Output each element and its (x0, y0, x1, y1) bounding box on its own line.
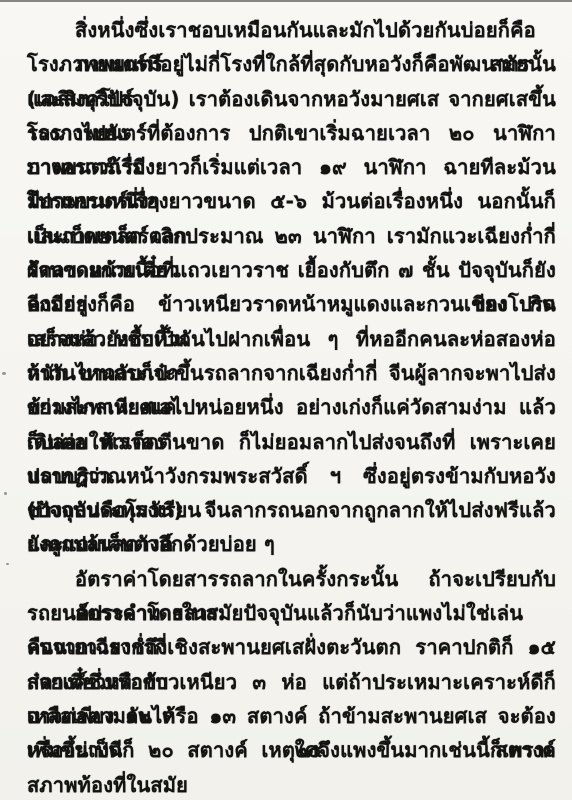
text-line: (เฉลิมบุรีปัจจุบัน) เราต้องเดินจากหอวังม… (27, 82, 556, 116)
text-line: อย่างห่อ หอบหิ้วกันไปฝากเพื่อน ๆ ที่หออี… (27, 322, 556, 356)
text-line: ภาพยนตร์เรื่องยาวก็เริ่มแต่เวลา ๑๙ นาฬิก… (27, 150, 556, 184)
text-line: แถบบริเวณหน้าวังกรมพระสวัสดิ์ ฯ ซึ่งอยู่… (27, 459, 556, 493)
text-line: และแถมเจ็บตัวอีกด้วยบ่อย ๆ (27, 527, 556, 561)
text-line: โรงภาพยนตร์มีอยู่ไม่กี่โรงที่ใกล้ที่สุดก… (27, 47, 556, 81)
text-line: ข้ามสะพานยศเสไปหน่อยหนึ่ง อย่างเก่งก็แค่… (27, 390, 556, 424)
text-line: ผัดลาดหน้าเนื้อที่แถวเยาวราช เยื้องกับตึ… (27, 253, 556, 287)
text-line: สิ่งหนึ่งซึ่งเราชอบเหมือนกันและมักไปด้วย… (27, 13, 556, 47)
paragraph: อัตราค่าโดยสารรถลากในครั้งกระนั้น ถ้าจะเ… (27, 562, 556, 768)
text-line: รถยนต์ประจำทางในสมัยปัจจุบันแล้วก็นับว่า… (27, 596, 556, 630)
text-line: ถนนเยาวราชถึงเชิงสะพานยศเสฝั่งตะวันตก รา… (27, 630, 556, 664)
paragraph: สิ่งหนึ่งซึ่งเราชอบเหมือนกันและมักไปด้วย… (27, 13, 556, 562)
text-line: หรืออย่างดีก็ ๒๐ สตางค์ เหตุใดจึงแพงขึ้น… (27, 733, 556, 767)
text-line: ช่างกลประทุมวัน) จีนลากรถนอกจากถูกลากให้… (27, 493, 556, 527)
text-line: มีภาพยนตร์เรื่องยาวขนาด ๕-๖ ม้วนต่อเรื่อ… (27, 184, 556, 218)
scanned-page: สิ่งหนึ่งซึ่งเราชอบเหมือนกันและมักไปด้วย… (0, 0, 572, 800)
scan-edge-artifact (0, 0, 572, 2)
scan-speck-artifact (2, 372, 6, 375)
text-line: โรงภาพยนตร์ที่ต้องการ ปกติเขาเริ่มฉายเวล… (27, 116, 556, 150)
text-line: หนัก ขากลับก็จะขึ้นรถลากจากเฉียงก่ำกี่ จ… (27, 356, 556, 390)
text-line: อีกอย่างก็คือ ข้าวเหนียวราดหน้าหมูแดงและ… (27, 287, 556, 321)
text-line: อัตราค่าโดยสารรถลากในครั้งกระนั้น ถ้าจะเ… (27, 562, 556, 596)
text-line: และเบ็ดเตล็ด เลิกประมาณ ๒๓ นาฬิกา เรามัก… (27, 219, 556, 253)
text-line: ก๋วยเตี๋ยวหรือข้าวเหนียว ๓ ห่อ แต่ถ้าประ… (27, 665, 556, 699)
text-line: เดินต่อ หัวเด็ดตีนขาด ก็ไม่ยอมลากไปส่งจน… (27, 425, 556, 459)
text-line: เหลือเพียง ๑๒ หรือ ๑๓ สตางค์ ถ้าข้ามสะพา… (27, 699, 556, 733)
text-block: สิ่งหนึ่งซึ่งเราชอบเหมือนกันและมักไปด้วย… (27, 13, 556, 768)
scan-speck-artifact (4, 492, 7, 495)
scan-speck-artifact (6, 563, 9, 565)
